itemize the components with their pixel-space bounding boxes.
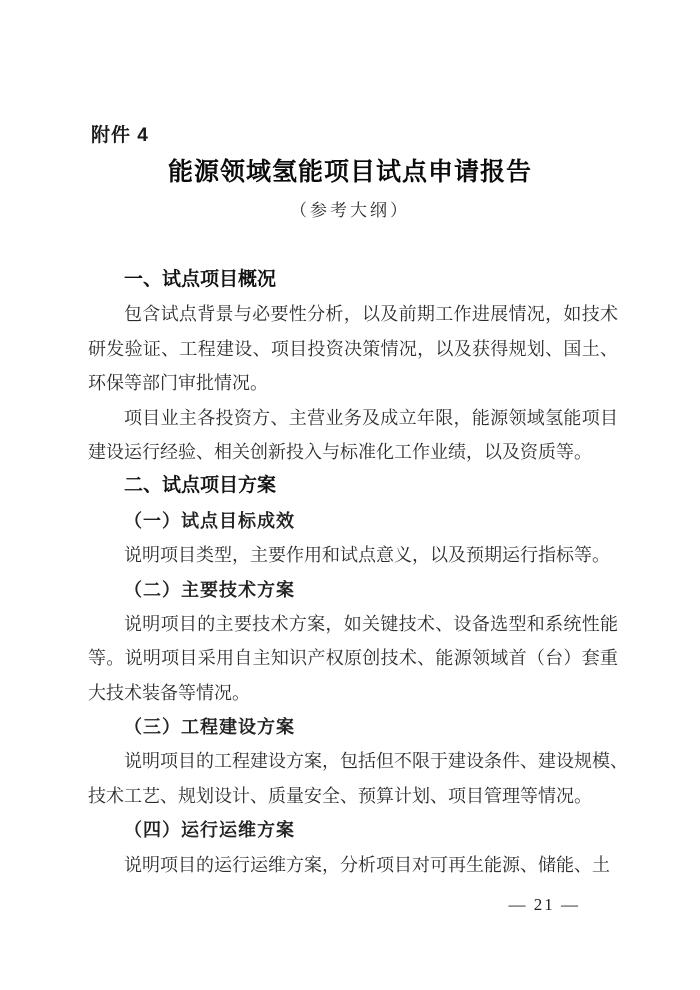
document-page: 附件 4 能源领域氢能项目试点申请报告 （参考大纲） 一、试点项目概况 包含试点…: [0, 0, 700, 990]
body-line: 说明项目类型，主要作用和试点意义，以及预期运行指标等。: [88, 538, 618, 572]
section-heading: 一、试点项目概况: [88, 263, 618, 297]
page-number: — 21 —: [509, 893, 581, 917]
body-line: 技术工艺、规划设计、质量安全、预算计划、项目管理等情况。: [88, 779, 618, 813]
section-heading: 二、试点项目方案: [88, 469, 618, 503]
body-line: 研发验证、工程建设、项目投资决策情况，以及获得规划、国土、: [88, 332, 618, 366]
body-line: 说明项目的工程建设方案，包括但不限于建设条件、建设规模、: [88, 744, 618, 778]
body-line: 包含试点背景与必要性分析，以及前期工作进展情况，如技术: [88, 297, 618, 331]
subsection-heading: （三）工程建设方案: [88, 710, 618, 744]
body-line: 等。说明项目采用自主知识产权原创技术、能源领域首（台）套重: [88, 641, 618, 675]
body-line: 建设运行经验、相关创新投入与标准化工作业绩，以及资质等。: [88, 435, 618, 469]
subsection-heading: （四）运行运维方案: [88, 813, 618, 847]
body-line: 说明项目的主要技术方案，如关键技术、设备选型和系统性能: [88, 607, 618, 641]
document-body: 一、试点项目概况 包含试点背景与必要性分析，以及前期工作进展情况，如技术 研发验…: [88, 263, 618, 882]
subsection-heading: （一）试点目标成效: [88, 504, 618, 538]
body-line: 大技术装备等情况。: [88, 676, 618, 710]
document-subtitle: （参考大纲）: [0, 198, 700, 224]
attachment-label: 附件 4: [91, 122, 149, 150]
subsection-heading: （二）主要技术方案: [88, 573, 618, 607]
document-title: 能源领域氢能项目试点申请报告: [0, 156, 700, 188]
body-line: 项目业主各投资方、主营业务及成立年限，能源领域氢能项目: [88, 401, 618, 435]
body-line: 说明项目的运行运维方案，分析项目对可再生能源、储能、土: [88, 848, 618, 882]
body-line: 环保等部门审批情况。: [88, 366, 618, 400]
